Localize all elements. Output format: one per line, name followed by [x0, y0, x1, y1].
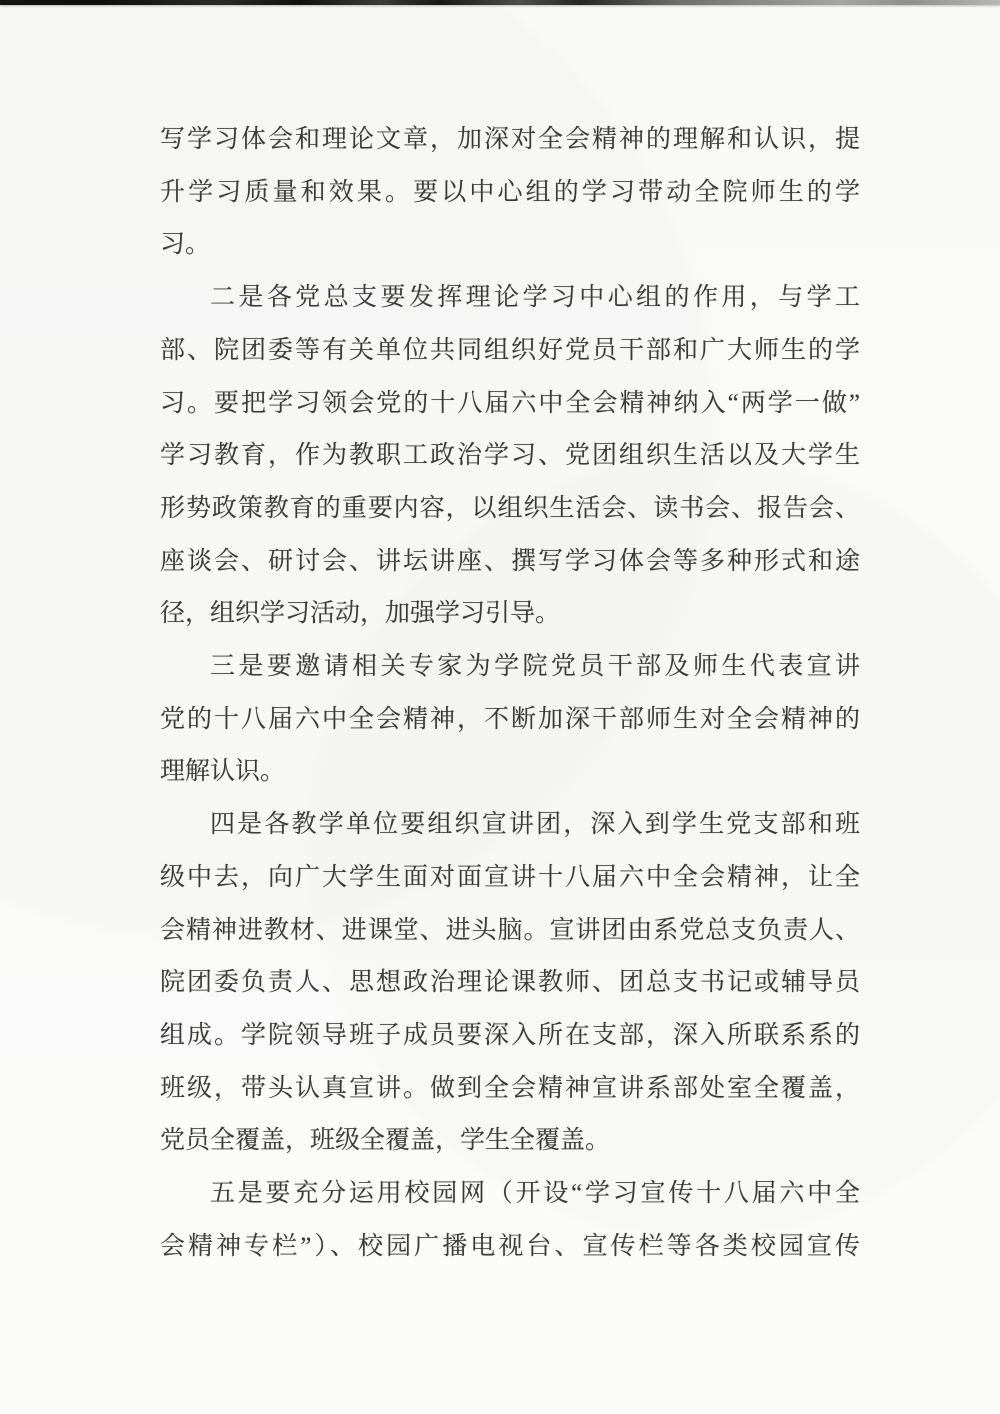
text-line: 写学习体会和理论文章，加深对全会精神的理解和认识，提 — [160, 114, 860, 167]
text-line: 座谈会、研讨会、讲坛讲座、撰写学习体会等多种形式和途 — [160, 536, 860, 589]
text-line: 理解认识。 — [160, 746, 860, 799]
text-line: 习。 — [160, 219, 860, 272]
text-line: 部、院团委等有关单位共同组织好党员干部和广大师生的学 — [160, 325, 860, 378]
text-line: 党的十八届六中全会精神，不断加深干部师生对全会精神的 — [160, 694, 860, 747]
text-line: 形势政策教育的重要内容，以组织生活会、读书会、报告会、 — [160, 483, 860, 536]
text-line: 四是各教学单位要组织宣讲团，深入到学生党支部和班 — [160, 799, 860, 852]
document-page: 写学习体会和理论文章，加深对全会精神的理解和认识，提升学习质量和效果。要以中心组… — [0, 0, 1000, 1414]
text-line: 班级，带头认真宣讲。做到全会精神宣讲系部处室全覆盖， — [160, 1063, 860, 1116]
text-line: 二是各党总支要发挥理论学习中心组的作用，与学工 — [160, 272, 860, 325]
text-line: 径，组织学习活动，加强学习引导。 — [160, 588, 860, 641]
text-block: 写学习体会和理论文章，加深对全会精神的理解和认识，提升学习质量和效果。要以中心组… — [160, 114, 860, 1273]
text-line: 三是要邀请相关专家为学院党员干部及师生代表宣讲 — [160, 641, 860, 694]
text-line: 学习教育，作为教职工政治学习、党团组织生活以及大学生 — [160, 430, 860, 483]
text-line: 党员全覆盖，班级全覆盖，学生全覆盖。 — [160, 1115, 860, 1168]
text-line: 升学习质量和效果。要以中心组的学习带动全院师生的学 — [160, 167, 860, 220]
text-line: 会精神专栏”）、校园广播电视台、宣传栏等各类校园宣传 — [160, 1221, 860, 1274]
text-line: 习。要把学习领会党的十八届六中全会精神纳入“两学一做” — [160, 378, 860, 431]
text-line: 会精神进教材、进课堂、进头脑。宣讲团由系党总支负责人、 — [160, 905, 860, 958]
text-line: 组成。学院领导班子成员要深入所在支部，深入所联系系的 — [160, 1010, 860, 1063]
text-line: 院团委负责人、思想政治理论课教师、团总支书记或辅导员 — [160, 957, 860, 1010]
scan-edge-artifact — [0, 0, 1000, 5]
text-line: 级中去，向广大学生面对面宣讲十八届六中全会精神，让全 — [160, 852, 860, 905]
text-line: 五是要充分运用校园网（开设“学习宣传十八届六中全 — [160, 1168, 860, 1221]
